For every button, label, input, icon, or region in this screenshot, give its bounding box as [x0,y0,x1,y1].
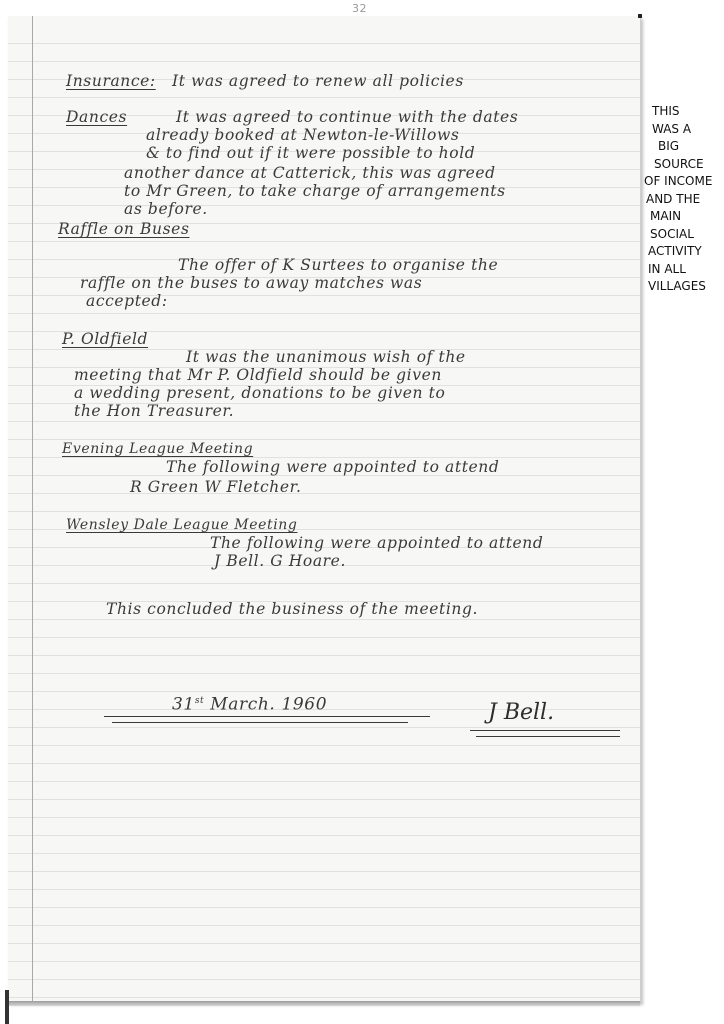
signature-underline-2 [476,736,620,737]
date-underline [104,716,430,717]
oldfield-line-2: meeting that Mr P. Oldfield should be gi… [74,366,442,384]
annotation-line: social [644,226,724,244]
binding-edge [5,990,9,1024]
dances-line-3: & to find out if it were possible to hol… [146,144,475,162]
signature-underline [470,730,620,731]
page-number: 32 [352,2,367,15]
annotation-line: was a [644,121,724,139]
raffle-line-1: The offer of K Surtees to organise the [178,256,498,274]
date-suffix: st [195,696,204,706]
date-month-year: March. 1960 [210,695,327,715]
evening-league-line-2: R Green W Fletcher. [130,478,302,496]
date-day: 31 [172,695,195,715]
insurance-text: It was agreed to renew all policies [172,72,464,90]
annotation-line: and the [644,191,724,209]
wensleydale-league-line-1: The following were appointed to attend [210,534,543,552]
wensleydale-league-heading: Wensley Dale League Meeting [66,516,297,534]
oldfield-line-3: a wedding present, donations to be given… [74,384,445,402]
evening-league-line-1: The following were appointed to attend [166,458,499,476]
dances-line-6: as before. [124,200,208,218]
dances-line-1: It was agreed to continue with the dates [176,108,518,126]
oldfield-line-1: It was the unanimous wish of the [186,348,466,366]
annotation-line: source [644,156,724,174]
dances-line-4: another dance at Catterick, this was agr… [124,164,496,182]
closing-statement: This concluded the business of the meeti… [106,600,478,618]
corner-mark [638,14,642,18]
raffle-line-2: raffle on the buses to away matches was [80,274,422,292]
annotation-line: This [644,103,724,121]
dances-heading: Dances [66,108,127,126]
margin-annotation: This was a big source of income and the … [644,103,724,296]
dances-line-5: to Mr Green, to take charge of arrangeme… [124,182,506,200]
meeting-date: 31st March. 1960 [172,692,327,714]
annotation-line: main [644,208,724,226]
evening-league-heading: Evening League Meeting [62,440,253,458]
margin-line [32,16,33,1002]
annotation-line: activity [644,243,724,261]
raffle-line-3: accepted: [86,292,168,310]
signature: J Bell. [488,700,554,725]
wensleydale-league-line-2: J Bell. G Hoare. [214,552,346,570]
annotation-line: big [644,138,724,156]
insurance-heading: Insurance: [66,72,156,90]
dances-line-2: already booked at Newton-le-Willows [146,126,459,144]
raffle-heading: Raffle on Buses [58,220,190,238]
annotation-line: of income [644,173,724,191]
oldfield-heading: P. Oldfield [62,330,148,348]
date-underline-2 [112,722,408,723]
annotation-line: in all [644,261,724,279]
oldfield-line-4: the Hon Treasurer. [74,402,234,420]
annotation-line: villages [644,278,724,296]
